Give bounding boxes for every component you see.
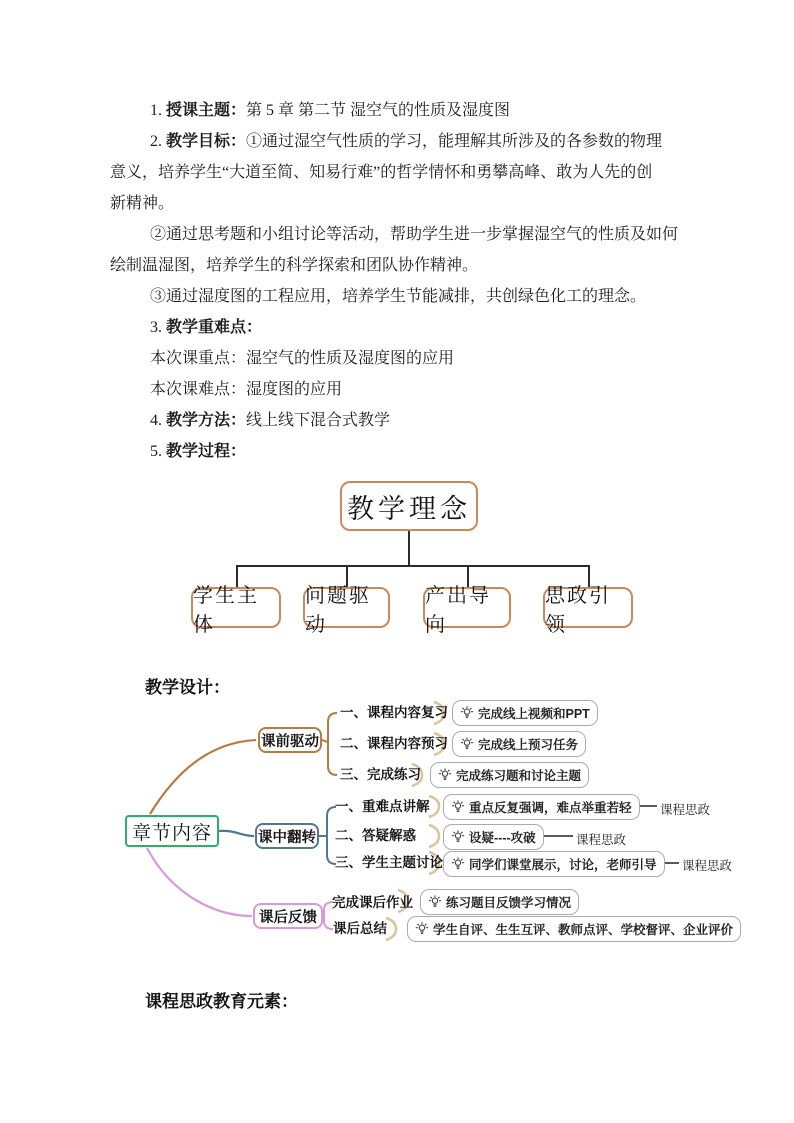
text-run: 新精神。	[110, 195, 174, 212]
doc-line: 2. 教学目标：①通过湿空气性质的学习，能理解其所涉及的各参数的物理	[110, 126, 696, 157]
bulb-icon	[460, 706, 474, 720]
concept-root-box: 教学理念	[340, 481, 478, 531]
text-run: 线上线下混合式教学	[246, 412, 390, 429]
text-run: 本次课重点：湿空气的性质及湿度图的应用	[150, 350, 454, 367]
subitem-label: 三、学生主题讨论	[335, 855, 443, 871]
leaf-label: 同学们课堂展示，讨论，老师引导	[469, 855, 657, 873]
text-run: 2.	[150, 133, 166, 150]
text-run: 第 5 章 第二节 湿空气的性质及湿度图	[246, 102, 510, 119]
lesson-plan-text: 1. 授课主题：第 5 章 第二节 湿空气的性质及湿度图 2. 教学目标：①通过…	[110, 95, 696, 467]
doc-line: 本次课难点：湿度图的应用	[110, 374, 696, 405]
leaf-box: 同学们课堂展示，讨论，老师引导	[443, 851, 665, 877]
leaf-label: 完成练习题和讨论主题	[456, 766, 581, 784]
leaf-box: 完成线上视频和PPT	[452, 700, 598, 726]
bulb-icon	[428, 895, 442, 909]
doc-line: 1. 授课主题：第 5 章 第二节 湿空气的性质及湿度图	[110, 95, 696, 126]
subitem-label: 一、课程内容复习	[340, 705, 448, 721]
branch-curve-pre	[150, 740, 256, 814]
leaf-box: 重点反复强调，难点举重若轻	[443, 794, 640, 820]
leaf-box: 学生自评、生生互评、教师点评、学校督评、企业评价	[407, 916, 741, 942]
mindmap-root-box: 章节内容	[125, 815, 219, 847]
branch-bracket	[318, 807, 336, 864]
connector-line	[408, 531, 410, 565]
text-run: 本次课难点：湿度图的应用	[150, 381, 342, 398]
leaf-box: 完成练习题和讨论主题	[430, 762, 589, 788]
concept-child-box: 学生主体	[191, 587, 281, 628]
leaf-box: 设疑----攻破	[443, 824, 544, 850]
concept-child-box: 思政引领	[543, 587, 633, 628]
doc-line: 新精神。	[110, 188, 696, 219]
bulb-icon	[460, 737, 474, 751]
leaf-label: 练习题目反馈学习情况	[446, 893, 571, 911]
doc-line: ③通过湿度图的工程应用，培养学生节能减排，共创绿色化工的理念。	[110, 281, 696, 312]
subitem-label: 三、完成练习	[340, 767, 421, 783]
leaf-label: 重点反复强调，难点举重若轻	[469, 798, 632, 816]
text-run-bold: 教学过程：	[166, 443, 246, 460]
leaf-label: 设疑----攻破	[469, 828, 536, 846]
connector-line	[236, 565, 589, 567]
doc-line: 本次课重点：湿空气的性质及湿度图的应用	[110, 343, 696, 374]
concept-child-box: 产出导向	[423, 587, 511, 628]
leaf-label: 完成线上预习任务	[478, 735, 578, 753]
text-run: 意义，培养学生“大道至简、知易行难”的哲学情怀和勇攀高峰、敢为人先的创	[110, 164, 652, 181]
leaf-box: 练习题目反馈学习情况	[420, 889, 579, 915]
item-bracket	[386, 918, 396, 940]
subitem-label: 二、课程内容预习	[340, 736, 448, 752]
doc-line: 绘制温湿图，培养学生的科学探索和团队协作精神。	[110, 250, 696, 281]
text-run: 4.	[150, 412, 166, 429]
leaf-label: 完成线上视频和PPT	[478, 704, 590, 722]
subitem-label: 完成课后作业	[332, 895, 413, 911]
text-run: ③通过湿度图的工程应用，培养学生节能减排，共创绿色化工的理念。	[150, 288, 646, 305]
bulb-icon	[438, 768, 452, 782]
tag-label: 课程思政	[576, 830, 626, 848]
subitem-label: 课后总结	[333, 921, 387, 937]
subitem-label: 二、答疑解惑	[335, 828, 416, 844]
doc-line: 5. 教学过程：	[110, 436, 696, 467]
bulb-icon	[451, 857, 465, 871]
branch-bracket	[322, 713, 337, 775]
text-run: ①通过湿空气性质的学习，能理解其所涉及的各参数的物理	[246, 133, 662, 150]
leaf-label: 学生自评、生生互评、教师点评、学校督评、企业评价	[433, 920, 733, 938]
tag-label: 课程思政	[660, 800, 710, 818]
doc-line: ②通过思考题和小组讨论等活动，帮助学生进一步掌握湿空气的性质及如何	[110, 219, 696, 250]
text-run-bold: 教学方法：	[166, 412, 246, 429]
text-run-bold: 教学目标：	[166, 133, 246, 150]
branch-box-pre-class: 课前驱动	[258, 727, 322, 753]
text-run: 绘制温湿图，培养学生的科学探索和团队协作精神。	[110, 257, 478, 274]
doc-line: 4. 教学方法：线上线下混合式教学	[110, 405, 696, 436]
text-run: 5.	[150, 443, 166, 460]
text-run: 1.	[150, 102, 166, 119]
text-run-bold: 授课主题：	[166, 102, 246, 119]
bulb-icon	[451, 800, 465, 814]
branch-curve-post	[147, 848, 252, 916]
branch-box-in-class: 课中翻转	[255, 823, 319, 849]
leaf-box: 完成线上预习任务	[452, 731, 586, 757]
bulb-icon	[451, 830, 465, 844]
document-page: { "doc": { "lines": [ {"pre": "1. ", "bo…	[0, 0, 794, 1123]
doc-line: 意义，培养学生“大道至简、知易行难”的哲学情怀和勇攀高峰、敢为人先的创	[110, 157, 696, 188]
concept-child-box: 问题驱动	[303, 587, 390, 628]
text-run-bold: 教学重难点：	[166, 319, 262, 336]
item-bracket	[429, 825, 439, 847]
subitem-label: 一、重难点讲解	[335, 799, 430, 815]
text-run: 3.	[150, 319, 166, 336]
text-run: ②通过思考题和小组讨论等活动，帮助学生进一步掌握湿空气的性质及如何	[150, 226, 678, 243]
tag-label: 课程思政	[682, 856, 732, 874]
branch-curve-mid	[219, 831, 254, 836]
doc-line: 3. 教学重难点：	[110, 312, 696, 343]
footer-heading: 课程思政教育元素：	[145, 987, 298, 1012]
branch-box-post-class: 课后反馈	[253, 903, 323, 929]
item-bracket	[429, 796, 439, 817]
bulb-icon	[415, 922, 429, 936]
